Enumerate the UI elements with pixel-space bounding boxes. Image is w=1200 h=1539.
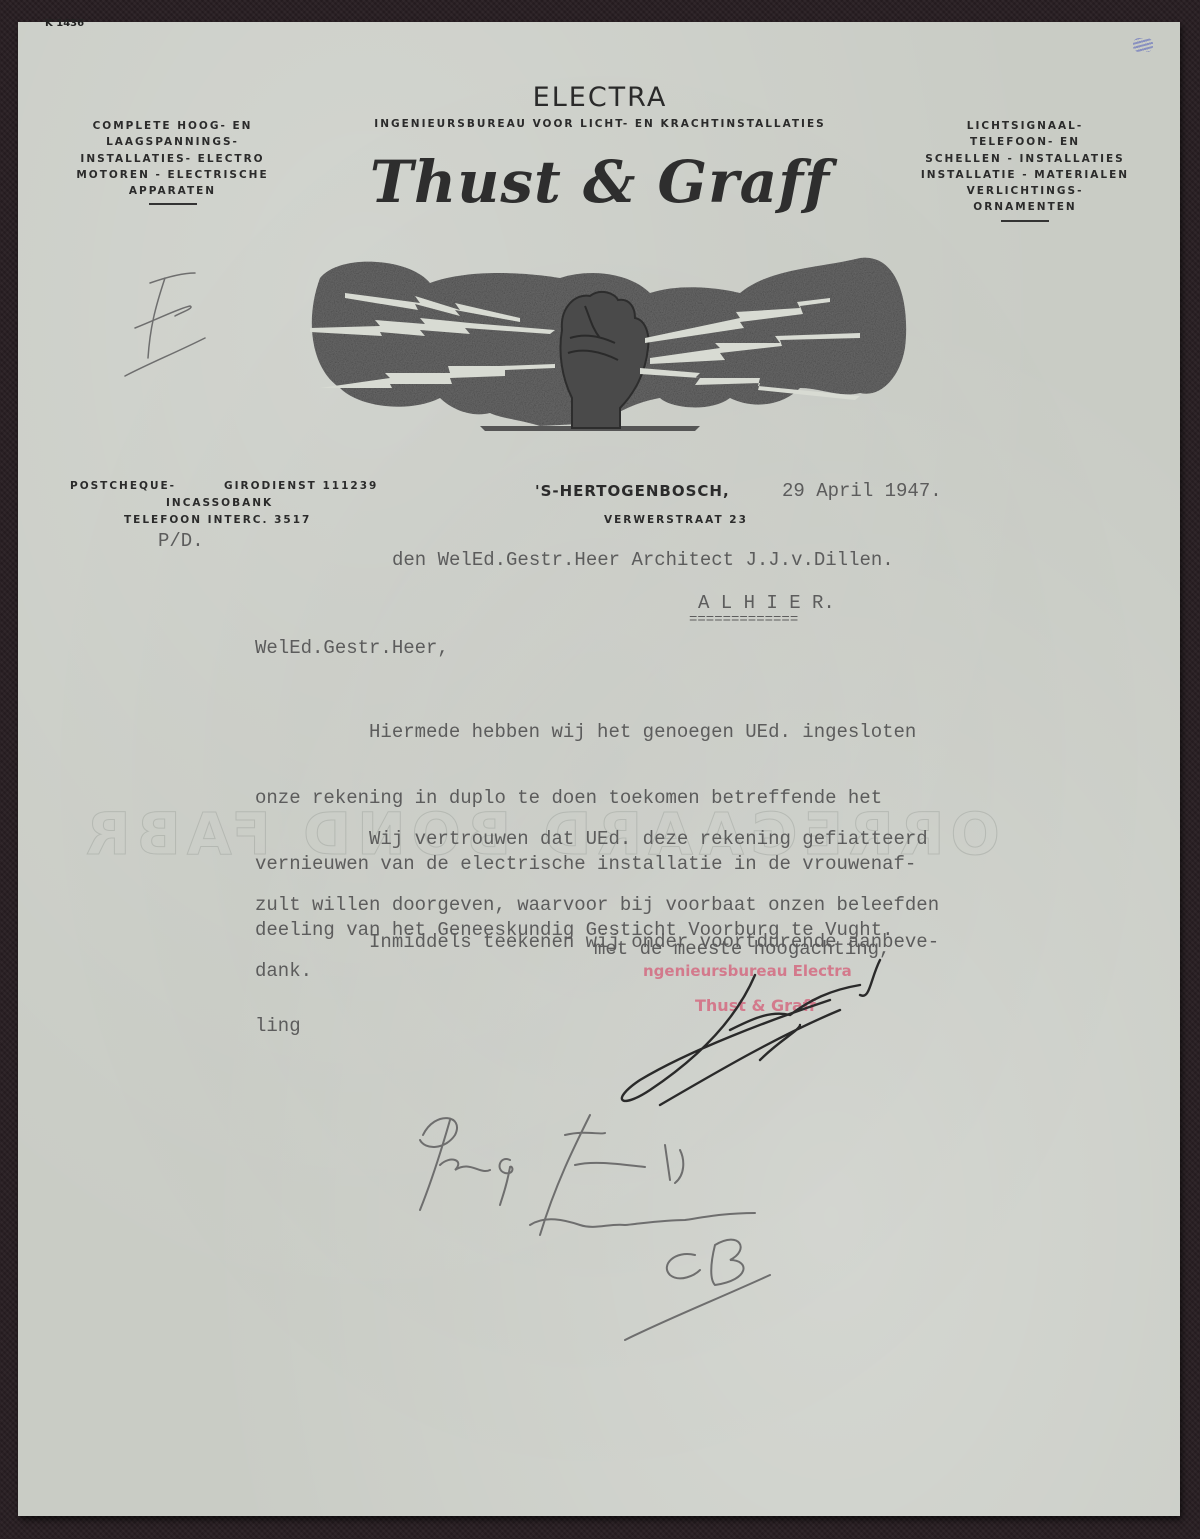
location-underline: =============	[689, 612, 798, 628]
city-name: 'S-HERTOGENBOSCH,	[535, 482, 730, 500]
handwritten-pencil-note	[395, 1105, 775, 1345]
telephone: TELEFOON INTERC. 3517	[124, 512, 311, 529]
divider	[1001, 220, 1049, 222]
fist-with-lightning-cloud-icon	[300, 248, 920, 448]
archive-number: K 1436	[45, 18, 84, 29]
postcheque-block: POSTCHEQUE-	[70, 478, 176, 495]
brand-name: Thust & Graff	[0, 148, 1200, 216]
recipient-line: den WelEd.Gestr.Heer Architect J.J.v.Dil…	[392, 549, 894, 571]
brand-top: ELECTRA	[0, 82, 1200, 113]
street-address: VERWERSTRAAT 23	[604, 512, 748, 529]
reference-code: P/D.	[158, 530, 204, 552]
location-line: A L H I E R.	[698, 592, 835, 614]
girodienst: GIRODIENST 111239	[224, 478, 378, 495]
company-subtitle: INGENIEURSBUREAU VOOR LICHT- EN KRACHTIN…	[0, 118, 1200, 130]
fist-shape	[560, 292, 648, 428]
handwritten-margin-mark-e	[110, 258, 210, 378]
archive-blue-mark	[1133, 38, 1153, 52]
signature	[600, 940, 940, 1120]
body-line: Hiermede hebben wij het genoegen UEd. in…	[255, 721, 916, 743]
body-line: Wij vertrouwen dat UEd. deze rekening ge…	[255, 828, 939, 850]
incassobank: INCASSOBANK	[166, 495, 273, 512]
letter-date: 29 April 1947.	[782, 480, 942, 502]
postcheque-label: POSTCHEQUE-	[70, 480, 176, 492]
salutation: WelEd.Gestr.Heer,	[255, 637, 449, 659]
